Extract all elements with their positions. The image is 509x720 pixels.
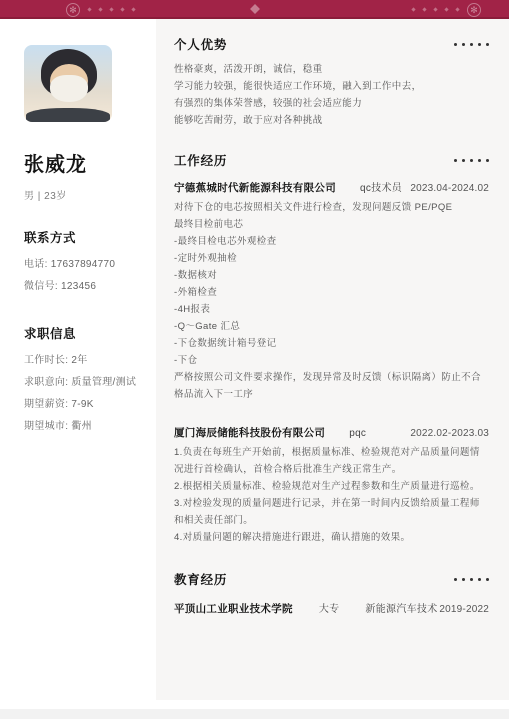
major: 新能源汽车技术 xyxy=(365,600,437,615)
duty-line: 严格按照公司文件要求操作，发现异常及时反馈（标识隔离）防止不合格品流入下一工序 xyxy=(174,369,489,403)
strengths-header: 个人优势 xyxy=(174,35,489,53)
contact-list: 电话: 17637894770 微信号: 123456 xyxy=(24,254,146,298)
right-ornament: ✻ xyxy=(412,0,481,19)
section-dots-icon xyxy=(454,159,489,162)
duty-line: -最终目检电芯外观检查 xyxy=(174,233,489,250)
job-period: 2023.04-2024.02 xyxy=(410,183,489,194)
candidate-name: 张威龙 xyxy=(24,148,146,177)
work-section: 工作经历 宁德蕉城时代新能源科技有限公司 qc技术员 2023.04-2024.… xyxy=(174,151,489,546)
duty-line: 对待下仓的电芯按照相关文件进行检查，发现问题反馈 PE/PQE xyxy=(174,199,489,216)
job-intention: 求职意向: 质量管理/测试 xyxy=(24,372,146,394)
section-dots-icon xyxy=(454,578,489,581)
expected-salary: 期望薪资: 7-9K xyxy=(24,394,146,416)
top-ornament-bar: ✻ ✻ xyxy=(0,0,509,19)
job-role: pqc xyxy=(349,428,366,439)
duty-line: -数据核对 xyxy=(174,267,489,284)
education-header: 教育经历 xyxy=(174,570,489,588)
profile-photo xyxy=(24,45,112,122)
company-name: 厦门海辰储能科技股份有限公司 xyxy=(174,425,325,440)
duty-line: 4.对质量问题的解决措施进行跟进，确认措施的效果。 xyxy=(174,529,489,546)
resume-page: 张威龙 男 | 23岁 联系方式 电话: 17637894770 微信号: 12… xyxy=(0,19,509,700)
strength-line: 能够吃苦耐劳，敢于应对各种挑战 xyxy=(174,112,489,129)
rosette-icon: ✻ xyxy=(66,3,80,17)
strength-line: 性格豪爽，活泼开朗，诚信，稳重 xyxy=(174,61,489,78)
diamond-icon xyxy=(250,4,260,14)
job-entry: 厦门海辰储能科技股份有限公司 pqc 2022.02-2023.03 1.负责在… xyxy=(174,425,489,546)
work-header: 工作经历 xyxy=(174,151,489,169)
duty-line: -下仓 xyxy=(174,352,489,369)
contact-phone: 电话: 17637894770 xyxy=(24,254,146,276)
degree: 大专 xyxy=(319,600,340,615)
job-period: 2022.02-2023.03 xyxy=(410,428,489,439)
gender-age: 男 | 23岁 xyxy=(24,187,146,202)
page-bottom-margin xyxy=(0,700,509,709)
school-name: 平顶山工业职业技术学院 xyxy=(174,601,293,616)
strength-line: 学习能力较强，能很快适应工作环境，融入到工作中去， xyxy=(174,78,489,95)
app-background-strip xyxy=(0,709,509,719)
duty-line: -定时外观抽检 xyxy=(174,250,489,267)
job-header: 厦门海辰储能科技股份有限公司 pqc 2022.02-2023.03 xyxy=(174,425,489,440)
rosette-icon: ✻ xyxy=(467,3,481,17)
education-title: 教育经历 xyxy=(174,570,227,588)
company-name: 宁德蕉城时代新能源科技有限公司 xyxy=(174,180,336,195)
contact-wechat: 微信号: 123456 xyxy=(24,276,146,298)
strengths-section: 个人优势 性格豪爽，活泼开朗，诚信，稳重 学习能力较强，能很快适应工作环境，融入… xyxy=(174,35,489,129)
photo-shoulders xyxy=(26,108,110,122)
duty-line: -外箱检查 xyxy=(174,284,489,301)
expected-city: 期望城市: 衢州 xyxy=(24,416,146,438)
duty-line: 最终目检前电芯 xyxy=(174,216,489,233)
sidebar: 张威龙 男 | 23岁 联系方式 电话: 17637894770 微信号: 12… xyxy=(0,19,156,700)
ornament-dots-icon xyxy=(412,8,459,11)
duty-line: 1.负责在每班生产开始前，根据质量标准、检验规范对产品质量问题情况进行首检确认，… xyxy=(174,444,489,478)
job-intent-list: 工作时长: 2年 求职意向: 质量管理/测试 期望薪资: 7-9K 期望城市: … xyxy=(24,350,146,438)
work-duration: 工作时长: 2年 xyxy=(24,350,146,372)
duty-line: 3.对检验发现的质量问题进行记录，并在第一时间内反馈给质量工程师和相关责任部门。 xyxy=(174,495,489,529)
education-period: 2019-2022 xyxy=(439,604,489,615)
section-dots-icon xyxy=(454,43,489,46)
contact-section-title: 联系方式 xyxy=(24,228,146,246)
strengths-title: 个人优势 xyxy=(174,35,227,53)
strength-line: 有强烈的集体荣誉感，较强的社会适应能力 xyxy=(174,95,489,112)
job-entry: 宁德蕉城时代新能源科技有限公司 qc技术员 2023.04-2024.02 对待… xyxy=(174,179,489,403)
duty-line: -4H报表 xyxy=(174,301,489,318)
education-row: 平顶山工业职业技术学院 大专 新能源汽车技术 2019-2022 xyxy=(174,600,489,616)
photo-mask xyxy=(50,75,88,102)
education-section: 教育经历 平顶山工业职业技术学院 大专 新能源汽车技术 2019-2022 xyxy=(174,570,489,616)
work-title: 工作经历 xyxy=(174,151,227,169)
left-ornament: ✻ xyxy=(66,0,135,19)
duty-line: -下仓数据统计箱号登记 xyxy=(174,335,489,352)
duty-line: -Q～Gate 汇总 xyxy=(174,318,489,335)
job-header: 宁德蕉城时代新能源科技有限公司 qc技术员 2023.04-2024.02 xyxy=(174,179,489,195)
job-intent-section-title: 求职信息 xyxy=(24,324,146,342)
job-role: qc技术员 xyxy=(360,179,402,194)
ornament-dots-icon xyxy=(88,8,135,11)
duty-line: 2.根据相关质量标准、检验规范对生产过程参数和生产质量进行巡检。 xyxy=(174,478,489,495)
resume-content: 个人优势 性格豪爽，活泼开朗，诚信，稳重 学习能力较强，能很快适应工作环境，融入… xyxy=(156,19,509,700)
